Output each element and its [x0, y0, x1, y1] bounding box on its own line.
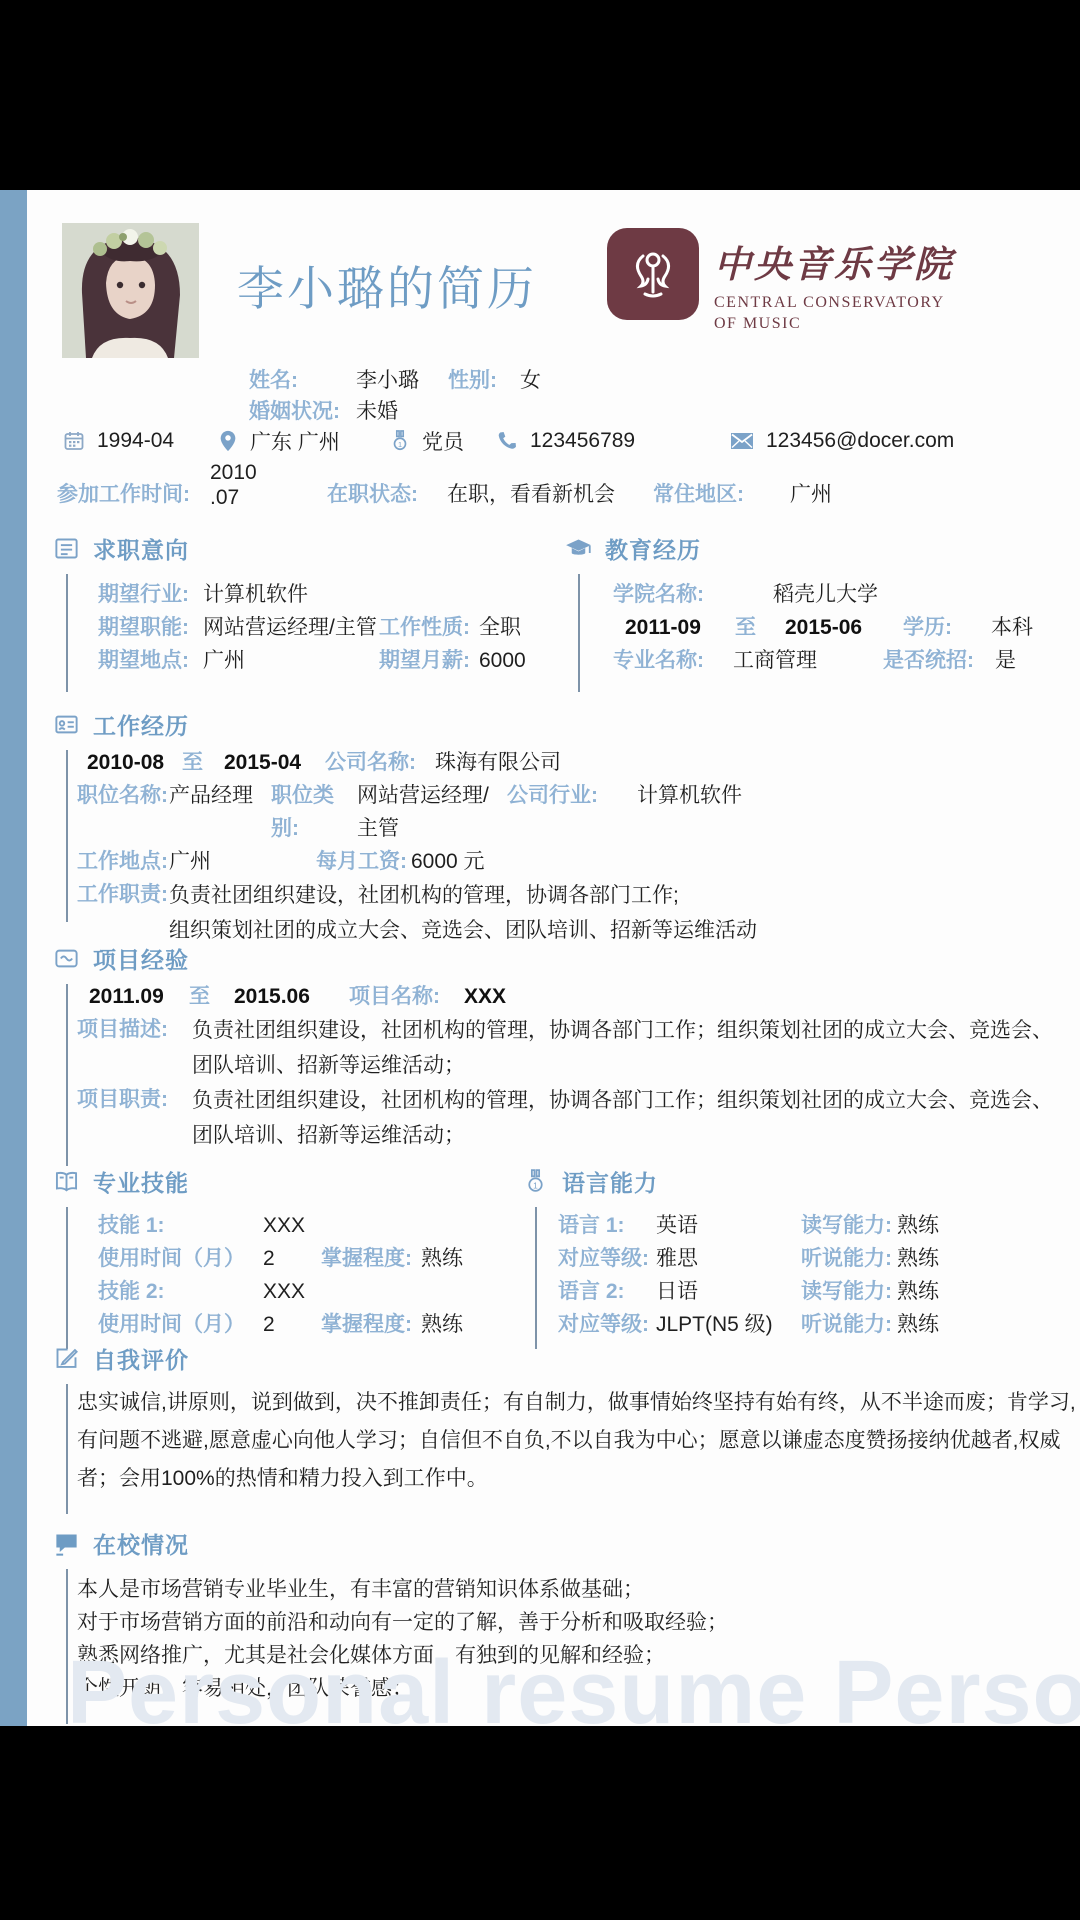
project-name-label: 项目名称:	[349, 980, 464, 1013]
project-header: 项目经验	[53, 942, 1065, 974]
work-type-value: 全职	[479, 611, 521, 644]
section-project: 项目经验 2011.09 至 2015.06 项目名称: XXX 项目描述: 负…	[53, 942, 1065, 1153]
open-book-icon	[53, 1168, 80, 1195]
ls1-value: 熟练	[897, 1242, 939, 1275]
company-industry-value: 计算机软件	[637, 779, 742, 812]
project-duty-row: 项目职责: 负责社团组织建设，社团机构的管理，协调各部门工作；组织策划社团的成立…	[77, 1083, 1065, 1153]
function-label: 期望职能:	[98, 611, 203, 644]
phone-icon	[495, 429, 519, 453]
school-emblem-icon	[607, 228, 699, 320]
birth-item: 1994-04	[62, 427, 174, 455]
grade2-label: 对应等级:	[558, 1308, 656, 1341]
position-label: 职位名称:	[77, 779, 169, 812]
rw1-value: 熟练	[897, 1209, 939, 1242]
lang1-label: 语言 1:	[558, 1209, 656, 1242]
name-value: 李小璐	[356, 364, 448, 394]
work-row: 工作地点: 广州 每月工资: 6000 元	[77, 845, 1058, 878]
work-to: 至	[182, 746, 224, 779]
marital-value: 未婚	[356, 395, 398, 425]
id-card-icon	[53, 535, 80, 562]
name-label: 姓名:	[249, 364, 356, 394]
phone-value: 123456789	[530, 429, 635, 453]
speech-bubble-icon	[53, 1530, 80, 1557]
skill-row: 技能 1: XXX	[98, 1209, 523, 1242]
marital-row: 婚姻状况: 未婚	[249, 397, 398, 423]
skill1-value: XXX	[263, 1209, 305, 1242]
language-title: 语言能力	[562, 1165, 658, 1198]
section-self-eval: 自我评价 忠实诚信,讲原则，说到做到，决不推卸责任；有自制力，做事情始终坚持有始…	[53, 1342, 1077, 1498]
unified-label: 是否统招:	[883, 644, 995, 677]
svg-text:1: 1	[533, 1180, 538, 1190]
ls1-label: 听说能力:	[801, 1242, 897, 1275]
category-value: 网站营运经理/主管	[357, 779, 507, 845]
ls2-label: 听说能力:	[801, 1308, 897, 1341]
watermark-text: Personal resume Personal resume	[67, 1642, 1080, 1726]
work-place-label: 工作地点:	[77, 845, 169, 878]
page-title: 李小璐的简历	[237, 252, 537, 319]
unified-value: 是	[995, 644, 1016, 677]
project-duty-label: 项目职责:	[77, 1083, 192, 1116]
project-wave-icon	[53, 945, 80, 972]
education-row: 学院名称: 稻壳儿大学	[613, 578, 1080, 611]
project-title: 项目经验	[93, 942, 189, 975]
job-intent-header: 求职意向	[53, 532, 545, 564]
phone-item: 123456789	[495, 427, 635, 455]
edu-to: 至	[735, 611, 785, 644]
profile-photo-art	[62, 223, 199, 358]
language-header: 1 语言能力	[522, 1165, 1080, 1197]
education-title: 教育经历	[605, 532, 701, 565]
job-intent-row: 期望行业: 计算机软件	[98, 578, 545, 611]
status-label: 在职状态:	[327, 478, 418, 508]
work-start-date: 2010-08	[87, 746, 182, 779]
section-skills: 专业技能 技能 1: XXX 使用时间（月） 2 掌握程度: 熟练 技能 2: …	[53, 1165, 523, 1341]
salary-label: 期望月薪:	[379, 644, 479, 677]
company-industry-label: 公司行业:	[507, 779, 637, 812]
skill2-value: XXX	[263, 1275, 305, 1308]
language-row: 对应等级: JLPT(N5 级) 听说能力: 熟练	[558, 1308, 1080, 1341]
gender-label: 性别:	[448, 364, 520, 394]
level1-value: 熟练	[421, 1242, 463, 1275]
school-life-title: 在校情况	[93, 1527, 189, 1560]
work-end-date: 2015-04	[224, 746, 325, 779]
industry-value: 计算机软件	[203, 578, 308, 611]
political-value: 党员	[422, 426, 464, 456]
work-title: 工作经历	[93, 708, 189, 741]
gender-value: 女	[520, 364, 541, 394]
name-row: 姓名: 李小璐 性别: 女	[249, 366, 541, 392]
work-duty-value: 负责社团组织建设，社团机构的管理，协调各部门工作; 组织策划社团的成立大会、竞选…	[169, 878, 1058, 948]
place-label: 期望地点:	[98, 644, 203, 677]
self-eval-text: 忠实诚信,讲原则，说到做到，决不推卸责任；有自制力，做事情始终坚持有始有终，从不…	[77, 1384, 1077, 1498]
self-eval-title: 自我评价	[93, 1342, 189, 1375]
medal-icon: 1	[389, 428, 411, 454]
skill-row: 使用时间（月） 2 掌握程度: 熟练	[98, 1308, 523, 1341]
project-desc-row: 项目描述: 负责社团组织建设，社团机构的管理，协调各部门工作；组织策划社团的成立…	[77, 1013, 1065, 1083]
ls2-value: 熟练	[897, 1308, 939, 1341]
residence-value: 广州	[790, 478, 832, 508]
svg-text:1: 1	[398, 440, 402, 449]
section-language: 1 语言能力 语言 1: 英语 读写能力: 熟练 对应等级: 雅思 听说能力: …	[522, 1165, 1080, 1341]
rw2-value: 熟练	[897, 1275, 939, 1308]
political-item: 1 党员	[389, 427, 464, 455]
school-value: 稻壳儿大学	[773, 578, 878, 611]
category-label: 职位类别:	[271, 779, 357, 845]
project-to: 至	[189, 980, 234, 1013]
school-life-header: 在校情况	[53, 1527, 1077, 1559]
section-job-intent: 求职意向 期望行业: 计算机软件 期望职能: 网站营运经理/主管 工作性质: 全…	[53, 532, 545, 677]
school-name-cn: 中央音乐学院	[714, 234, 954, 288]
company-label: 公司名称:	[325, 746, 435, 779]
major-value: 工商管理	[733, 644, 883, 677]
grade2-value: JLPT(N5 级)	[656, 1308, 801, 1341]
resume-page: 李小璐的简历 中央音乐学院 CENTRAL CONSERVATORY OF MU…	[27, 190, 1080, 1726]
work-duty-label: 工作职责:	[77, 878, 169, 911]
skills-header: 专业技能	[53, 1165, 523, 1197]
school-logo: 中央音乐学院 CENTRAL CONSERVATORY OF MUSIC	[607, 228, 954, 334]
project-end-date: 2015.06	[234, 980, 349, 1013]
skills-title: 专业技能	[93, 1165, 189, 1198]
school-logo-text: 中央音乐学院 CENTRAL CONSERVATORY OF MUSIC	[714, 228, 954, 334]
project-desc-value: 负责社团组织建设，社团机构的管理，协调各部门工作；组织策划社团的成立大会、竞选会…	[192, 1013, 1065, 1083]
months1-value: 2	[263, 1242, 321, 1275]
education-header: 教育经历	[565, 532, 1080, 564]
status-value: 在职，看看新机会	[447, 478, 615, 508]
rw2-label: 读写能力:	[801, 1275, 897, 1308]
company-value: 珠海有限公司	[435, 746, 561, 779]
work-duty-row: 工作职责: 负责社团组织建设，社团机构的管理，协调各部门工作; 组织策划社团的成…	[77, 878, 1058, 948]
work-header: 工作经历	[53, 708, 1058, 740]
months2-label: 使用时间（月）	[98, 1308, 263, 1341]
language-row: 对应等级: 雅思 听说能力: 熟练	[558, 1242, 1080, 1275]
monthly-salary-label: 每月工资:	[316, 845, 411, 878]
work-since-value: 2010 .07	[210, 460, 274, 510]
industry-label: 期望行业:	[98, 578, 203, 611]
left-accent-strip	[0, 190, 27, 1726]
position-value: 产品经理	[169, 779, 271, 812]
residence-label: 常住地区:	[653, 478, 744, 508]
monthly-salary-value: 6000 元	[411, 845, 485, 878]
degree-label: 学历:	[903, 611, 991, 644]
graduation-cap-icon	[565, 535, 592, 562]
edu-end-date: 2015-06	[785, 611, 903, 644]
function-value: 网站营运经理/主管	[203, 611, 379, 644]
work-type-label: 工作性质:	[379, 611, 479, 644]
skill1-label: 技能 1:	[98, 1209, 263, 1242]
job-intent-row: 期望地点: 广州 期望月薪: 6000	[98, 644, 545, 677]
grade1-label: 对应等级:	[558, 1242, 656, 1275]
location-value: 广东 广州	[250, 426, 340, 456]
place-value: 广州	[203, 644, 379, 677]
project-desc-label: 项目描述:	[77, 1013, 192, 1046]
medal-ribbon-icon: 1	[522, 1168, 549, 1195]
section-work: 工作经历 2010-08 至 2015-04 公司名称: 珠海有限公司 职位名称…	[53, 708, 1058, 948]
email-item: 123456@docer.com	[729, 427, 954, 455]
project-start-date: 2011.09	[89, 980, 189, 1013]
work-date-row: 2010-08 至 2015-04 公司名称: 珠海有限公司	[77, 746, 1058, 779]
section-education: 教育经历 学院名称: 稻壳儿大学 2011-09 至 2015-06 学历: 本…	[565, 532, 1080, 677]
major-label: 专业名称:	[613, 644, 733, 677]
profile-photo	[62, 223, 199, 358]
school-label: 学院名称:	[613, 578, 773, 611]
location-pin-icon	[217, 428, 239, 454]
school-name-en: CENTRAL CONSERVATORY OF MUSIC	[714, 292, 954, 334]
job-intent-title: 求职意向	[93, 532, 189, 565]
level2-label: 掌握程度:	[321, 1308, 421, 1341]
work-row: 职位名称: 产品经理 职位类别: 网站营运经理/主管 公司行业: 计算机软件	[77, 779, 1058, 845]
lang1-value: 英语	[656, 1209, 801, 1242]
edit-icon	[53, 1345, 80, 1372]
project-duty-value: 负责社团组织建设，社团机构的管理，协调各部门工作；组织策划社团的成立大会、竞选会…	[192, 1083, 1065, 1153]
grade1-value: 雅思	[656, 1242, 801, 1275]
badge-icon	[53, 711, 80, 738]
marital-label: 婚姻状况:	[249, 395, 356, 425]
salary-value: 6000	[479, 644, 526, 677]
level1-label: 掌握程度:	[321, 1242, 421, 1275]
education-date-row: 2011-09 至 2015-06 学历: 本科	[613, 611, 1080, 644]
school-name-en-line1: CENTRAL CONSERVATORY	[714, 292, 954, 313]
birth-value: 1994-04	[97, 429, 174, 453]
lang2-label: 语言 2:	[558, 1275, 656, 1308]
project-name-value: XXX	[464, 980, 506, 1013]
lang2-value: 日语	[656, 1275, 801, 1308]
language-row: 语言 1: 英语 读写能力: 熟练	[558, 1209, 1080, 1242]
skill-row: 技能 2: XXX	[98, 1275, 523, 1308]
job-intent-row: 期望职能: 网站营运经理/主管 工作性质: 全职	[98, 611, 545, 644]
work-since-label: 参加工作时间:	[57, 478, 190, 508]
skill-row: 使用时间（月） 2 掌握程度: 熟练	[98, 1242, 523, 1275]
edu-start-date: 2011-09	[625, 611, 735, 644]
project-date-row: 2011.09 至 2015.06 项目名称: XXX	[77, 980, 1065, 1013]
skill2-label: 技能 2:	[98, 1275, 263, 1308]
location-item: 广东 广州	[217, 427, 340, 455]
education-row: 专业名称: 工商管理 是否统招: 是	[613, 644, 1080, 677]
self-eval-header: 自我评价	[53, 1342, 1077, 1374]
months2-value: 2	[263, 1308, 321, 1341]
email-value: 123456@docer.com	[766, 429, 954, 453]
mail-icon	[729, 430, 755, 452]
calendar-icon	[62, 429, 86, 453]
level2-value: 熟练	[421, 1308, 463, 1341]
degree-value: 本科	[991, 611, 1033, 644]
work-place-value: 广州	[169, 845, 316, 878]
months1-label: 使用时间（月）	[98, 1242, 263, 1275]
rw1-label: 读写能力:	[801, 1209, 897, 1242]
language-row: 语言 2: 日语 读写能力: 熟练	[558, 1275, 1080, 1308]
school-name-en-line2: OF MUSIC	[714, 313, 954, 334]
